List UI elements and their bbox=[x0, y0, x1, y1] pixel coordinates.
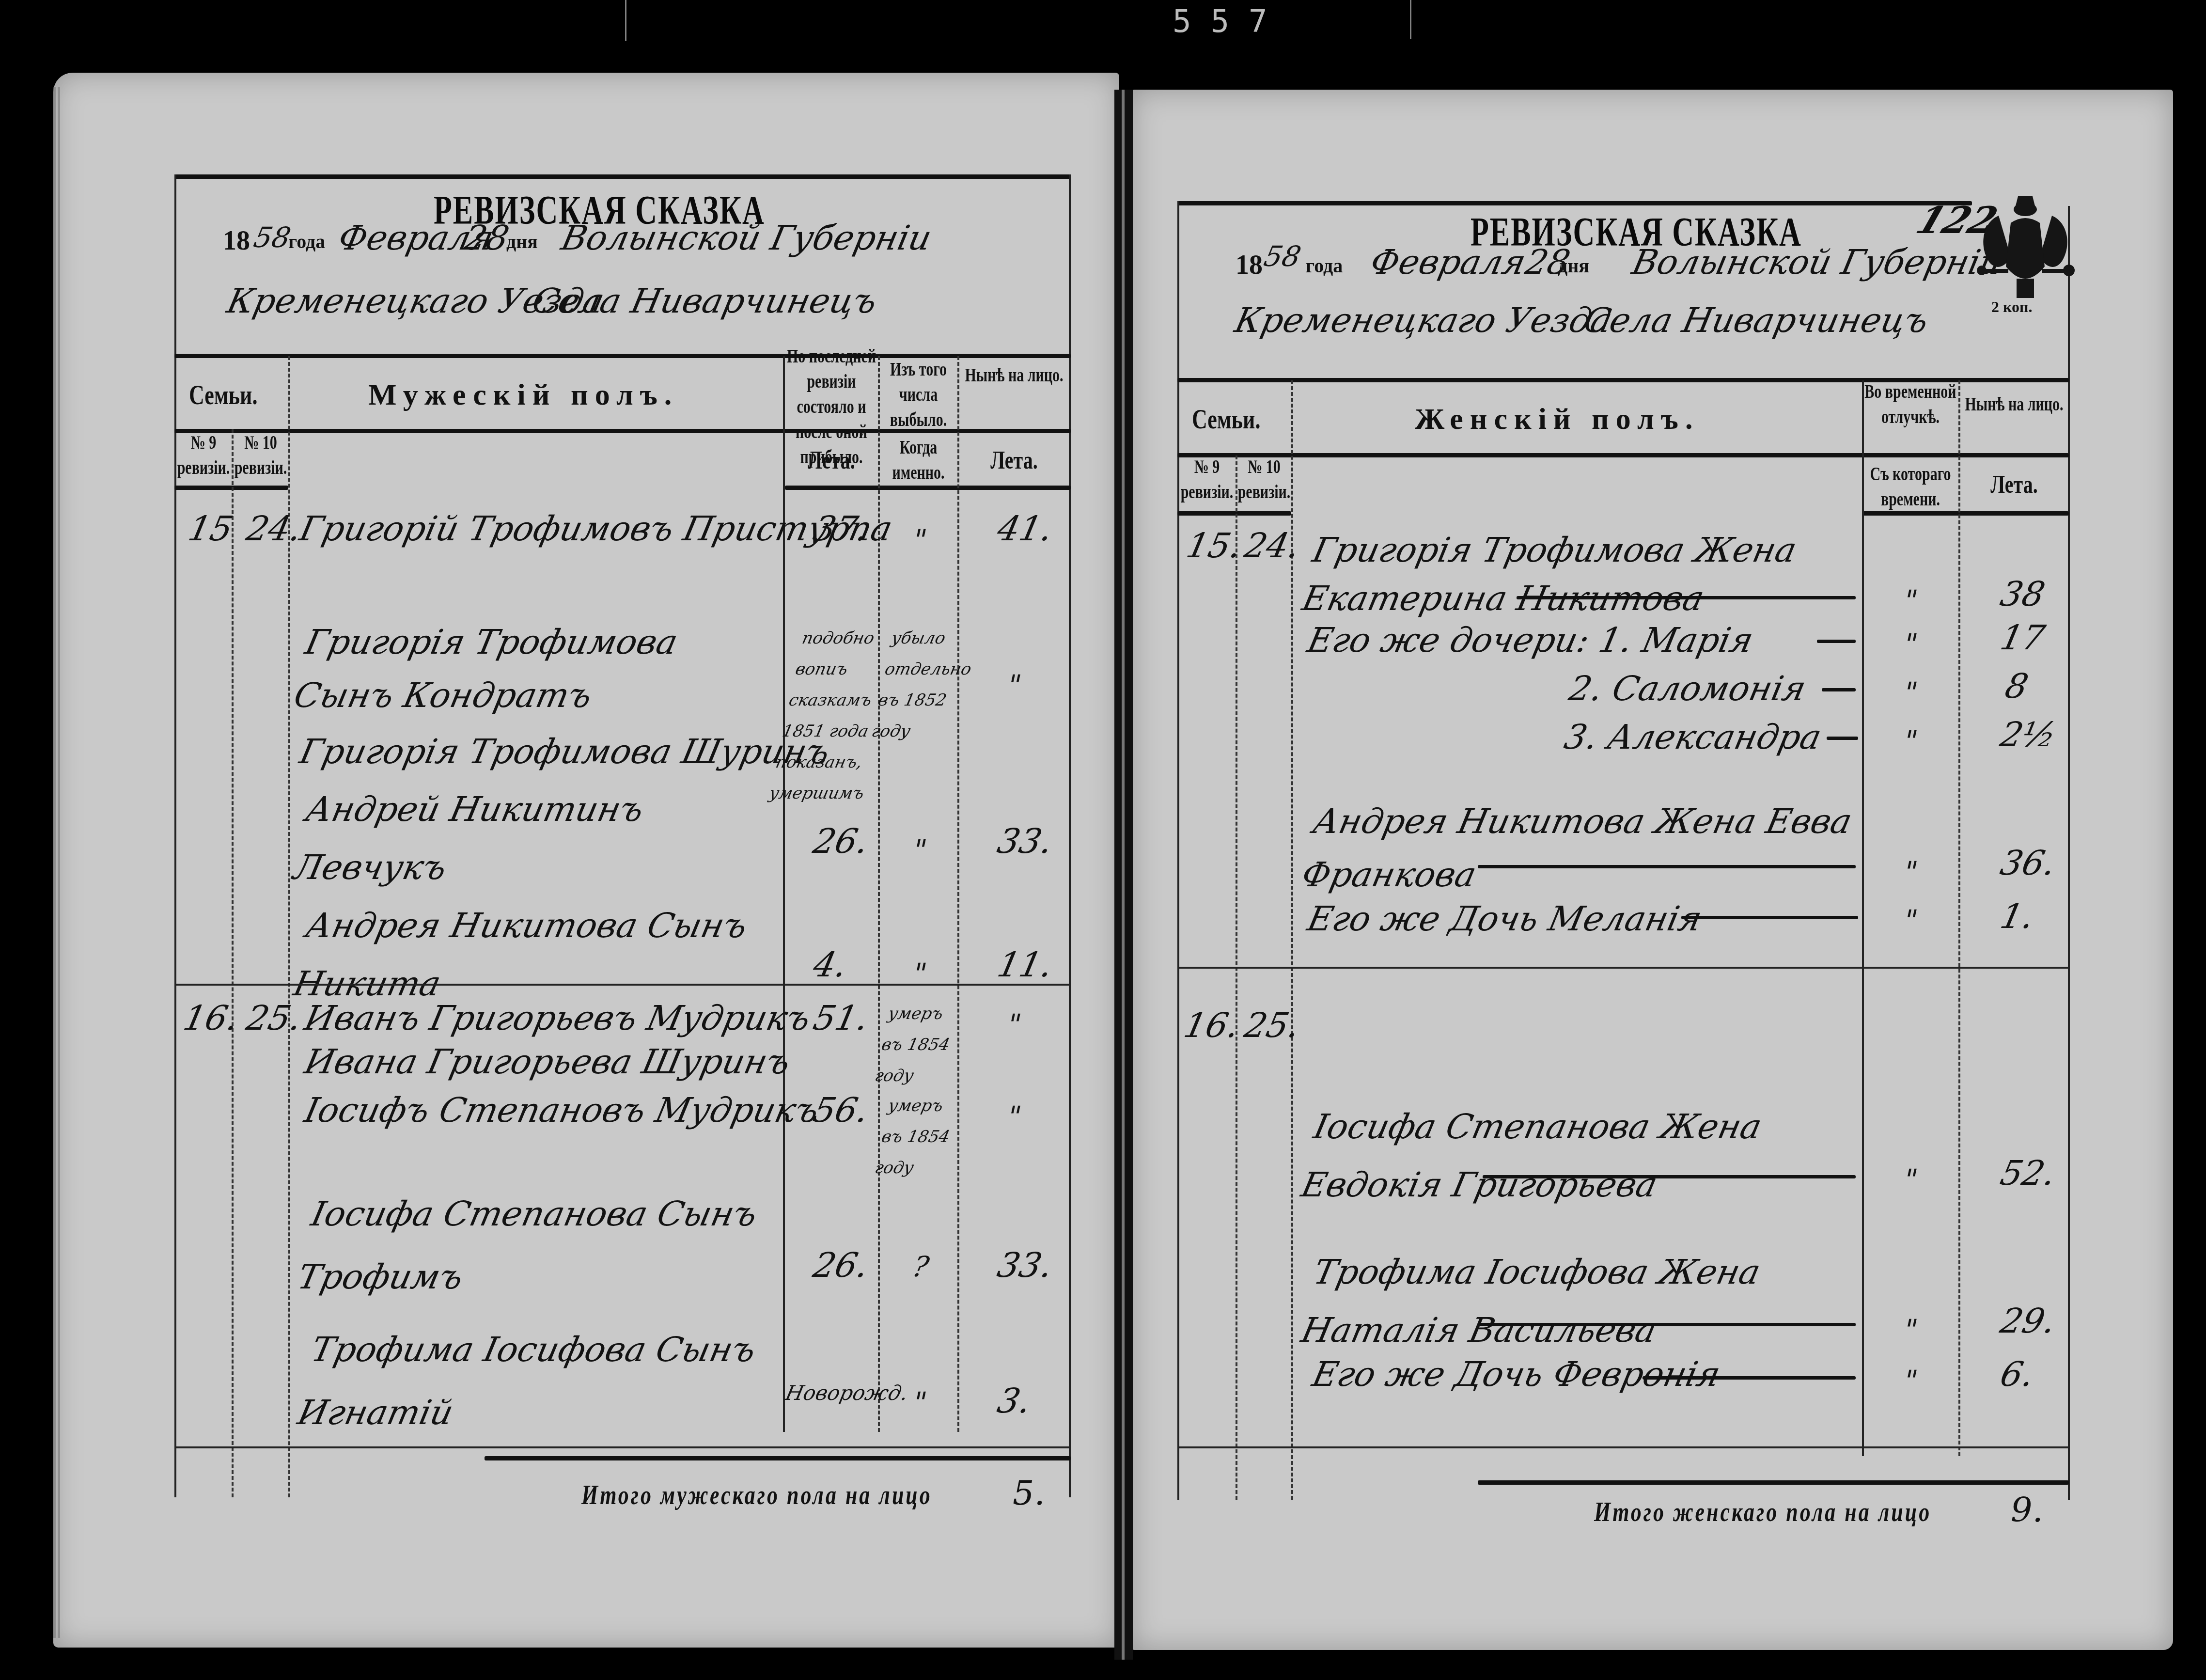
header-gender: Женскій полъ. bbox=[1415, 402, 1699, 437]
row-name: Андрей Никитинъ Левчукъ bbox=[288, 780, 778, 896]
total-label: Итого мужескаго пола на лицо bbox=[581, 1479, 932, 1511]
columns-bottom-rule bbox=[785, 486, 1071, 490]
row-present-age: " bbox=[1004, 669, 1024, 702]
row-present-age: 8 bbox=[2002, 666, 2032, 706]
row-rev10: 25. bbox=[1241, 1005, 1303, 1045]
row-absence: " bbox=[1901, 904, 1921, 937]
header-departed-when: Когда именно. bbox=[881, 435, 956, 486]
day-word: дня bbox=[1558, 254, 1589, 277]
header-absence-since: Съ котораго времени. bbox=[1864, 462, 1956, 512]
right-border bbox=[2068, 206, 2070, 1500]
village: Села Ниварчинецъ bbox=[1580, 300, 1932, 340]
fill-line bbox=[1483, 1175, 1856, 1178]
row-name: Григорій Трофимовъ Пристурпа bbox=[296, 509, 896, 549]
row-rev9: 16. bbox=[180, 998, 242, 1038]
row-present-age: 1. bbox=[1997, 896, 2037, 936]
row-name: 3. Александра bbox=[1561, 717, 1825, 757]
header-present: Нынѣ на лицо. bbox=[959, 363, 1069, 388]
total-value: 9. bbox=[2011, 1490, 2043, 1530]
family-separator bbox=[1177, 967, 2069, 969]
header-present-age: Лета. bbox=[959, 448, 1069, 473]
row-last-age: Новорожд. bbox=[783, 1381, 910, 1405]
header-present-age: Лета. bbox=[1960, 472, 2068, 497]
top-border bbox=[174, 174, 1071, 179]
row-rev9: 16. bbox=[1180, 1005, 1243, 1045]
col-divider bbox=[1958, 380, 1960, 1456]
header-rev10: № 10 ревизіи. bbox=[234, 430, 288, 481]
fill-line bbox=[1478, 1323, 1856, 1326]
header-present: Нынѣ на лицо. bbox=[1960, 392, 2068, 417]
header-families: Семьи. bbox=[1192, 403, 1260, 435]
row-present-age: " bbox=[1004, 1008, 1024, 1041]
left-form: РЕВИЗСКАЯ СКАЗКА 18 58 года Февраля 28 д… bbox=[174, 174, 1076, 1502]
total-rule bbox=[1478, 1480, 2069, 1485]
row-last-age: 51. bbox=[810, 998, 872, 1038]
year-prefix: 18 bbox=[223, 225, 250, 256]
row-name: Іосифа Степанова Сынъ Трофимъ bbox=[292, 1182, 783, 1308]
row-absence: " bbox=[1901, 724, 1921, 757]
row-absence: " bbox=[1901, 628, 1921, 660]
row-present-age: 29. bbox=[1997, 1301, 2059, 1341]
table-bottom-rule bbox=[174, 1446, 1071, 1448]
stamp-caption: 2 коп. bbox=[1991, 298, 2032, 316]
province: Волынской Губерніи bbox=[1628, 242, 2006, 282]
row-rev10: 24. bbox=[243, 509, 305, 549]
right-form: РЕВИЗСКАЯ СКАЗКА 18 58 года Февраля 28 д… bbox=[1177, 191, 2088, 1505]
row-name: Іосифъ Степановъ Мудрикъ bbox=[301, 1090, 822, 1130]
row-present-age: 3. bbox=[994, 1381, 1034, 1421]
family-separator bbox=[174, 984, 1071, 986]
row-last-age: 26. bbox=[810, 821, 872, 861]
top-border bbox=[1177, 201, 1972, 205]
total-rule bbox=[485, 1456, 1071, 1460]
district: Кременецкаго Уезда bbox=[1231, 300, 1615, 340]
row-departed: " bbox=[910, 523, 930, 556]
row-rev10: 25. bbox=[243, 998, 305, 1038]
province: Волынской Губерніи bbox=[558, 218, 935, 258]
fill-line bbox=[1517, 596, 1856, 599]
header-rev9: № 9 ревизіи. bbox=[1179, 455, 1235, 505]
subheader-rule bbox=[1177, 453, 2069, 457]
header-departed: Изъ того числа выбыло. bbox=[881, 357, 956, 433]
row-name: Григорія Трофимова Сынъ Кондратъ bbox=[289, 615, 777, 722]
header-last-age: Лета. bbox=[786, 448, 877, 473]
frame-counter: 557 bbox=[1173, 4, 1287, 40]
left-border bbox=[1177, 201, 1179, 1500]
row-present-age: 11. bbox=[994, 945, 1056, 985]
row-present-age: 33. bbox=[994, 821, 1056, 861]
row-departed: " bbox=[910, 1386, 930, 1419]
row-present-age: 2½ bbox=[1997, 715, 2060, 754]
row-name: Андрея Никитова Сынъ Никита bbox=[288, 896, 778, 1013]
row-departed: умеръ въ 1854 году bbox=[872, 1090, 965, 1183]
left-border bbox=[174, 174, 176, 1497]
year-suffix: 58 bbox=[1261, 240, 1304, 273]
total-value: 5. bbox=[1013, 1473, 1045, 1513]
fill-line bbox=[1822, 688, 1856, 691]
row-absence: " bbox=[1901, 676, 1921, 709]
row-departed: ? bbox=[910, 1250, 932, 1283]
header-rev10: № 10 ревизіи. bbox=[1237, 455, 1291, 505]
row-rev10: 24. bbox=[1241, 526, 1303, 565]
row-last-age: 4. bbox=[810, 945, 850, 985]
right-border bbox=[1069, 174, 1071, 1497]
row-name: 2. Саломонія bbox=[1565, 669, 1810, 708]
row-absence: " bbox=[1901, 855, 1921, 888]
year-word: года bbox=[1306, 254, 1343, 277]
day: 28 bbox=[461, 218, 513, 258]
row-present-age: 52. bbox=[1997, 1153, 2059, 1193]
row-name: Григорія Трофимова Шуринъ bbox=[296, 732, 833, 771]
header-gender: Мужескій полъ. bbox=[368, 378, 678, 412]
total-label: Итого женскаго пола на лицо bbox=[1594, 1496, 1931, 1528]
col-divider bbox=[957, 356, 959, 1432]
row-last-age: 56. bbox=[810, 1090, 872, 1130]
col-divider bbox=[232, 429, 234, 1497]
row-absence: " bbox=[1901, 584, 1921, 617]
row-rev9: 15. bbox=[1183, 526, 1245, 565]
header-rev9: № 9 ревизіи. bbox=[176, 430, 231, 481]
row-present-age: 6. bbox=[1997, 1354, 2037, 1394]
month: Февраля bbox=[1367, 242, 1529, 282]
columns-bottom-rule bbox=[1177, 511, 1291, 516]
book-gutter bbox=[1114, 90, 1133, 1660]
row-name: Іосифа Степанова Жена Евдокія Григорьева bbox=[1296, 1098, 1868, 1214]
year-prefix: 18 bbox=[1236, 250, 1263, 281]
row-name: Трофима Іосифова Жена Наталія Васильева bbox=[1296, 1243, 1868, 1359]
row-absence: " bbox=[1901, 1163, 1921, 1196]
row-departed: " bbox=[910, 833, 930, 866]
col-divider bbox=[1236, 455, 1237, 1500]
row-last-age: 26. bbox=[810, 1245, 872, 1285]
row-absence: " bbox=[1901, 1364, 1921, 1397]
year-suffix: 58 bbox=[251, 221, 294, 254]
fill-line bbox=[1681, 916, 1858, 919]
double-headed-eagle-stamp-icon bbox=[1972, 194, 2079, 305]
row-name: Трофима Іосифова Сынъ Игнатій bbox=[292, 1318, 783, 1444]
village: Села Ниварчинецъ bbox=[529, 281, 880, 321]
frame-edge-line bbox=[625, 0, 626, 41]
table-bottom-rule bbox=[1177, 1446, 2069, 1448]
row-present-age: 33. bbox=[994, 1245, 1056, 1285]
row-name: Его же Дочь Февронія bbox=[1309, 1354, 1724, 1394]
row-present-age: 41. bbox=[994, 509, 1056, 549]
day-word: дня bbox=[506, 230, 538, 253]
fill-line bbox=[1643, 1376, 1856, 1380]
row-name: Ивана Григорьева Шуринъ bbox=[301, 1042, 794, 1082]
year-word: года bbox=[288, 230, 325, 253]
fill-line bbox=[1827, 737, 1858, 740]
header-absence: Во временной отлучкѣ. bbox=[1864, 379, 1956, 430]
row-name: Иванъ Григорьевъ Мудрикъ bbox=[301, 998, 814, 1038]
row-name: Андрея Никитова Жена Евва Франкова bbox=[1297, 795, 1867, 901]
row-absence: " bbox=[1901, 1313, 1921, 1346]
row-name: Его же дочери: 1. Марія bbox=[1304, 620, 1757, 660]
row-present-age: " bbox=[1004, 1100, 1024, 1133]
row-name: Григорія Трофимова Жена Екатерина Никито… bbox=[1298, 526, 1866, 623]
frame-edge-line bbox=[1410, 0, 1411, 39]
row-present-age: 38 bbox=[1997, 574, 2049, 614]
fill-line bbox=[1817, 640, 1856, 643]
row-rev9: 15 bbox=[185, 509, 236, 549]
row-last-age: 37. bbox=[810, 509, 872, 549]
fill-line bbox=[1478, 865, 1856, 868]
row-name: Его же Дочь Меланія bbox=[1304, 899, 1705, 939]
row-present-age: 17 bbox=[1997, 618, 2049, 658]
row-present-age: 36. bbox=[1997, 843, 2059, 883]
header-families: Семьи. bbox=[189, 379, 257, 411]
row-departed: умеръ въ 1854 году bbox=[872, 998, 965, 1091]
